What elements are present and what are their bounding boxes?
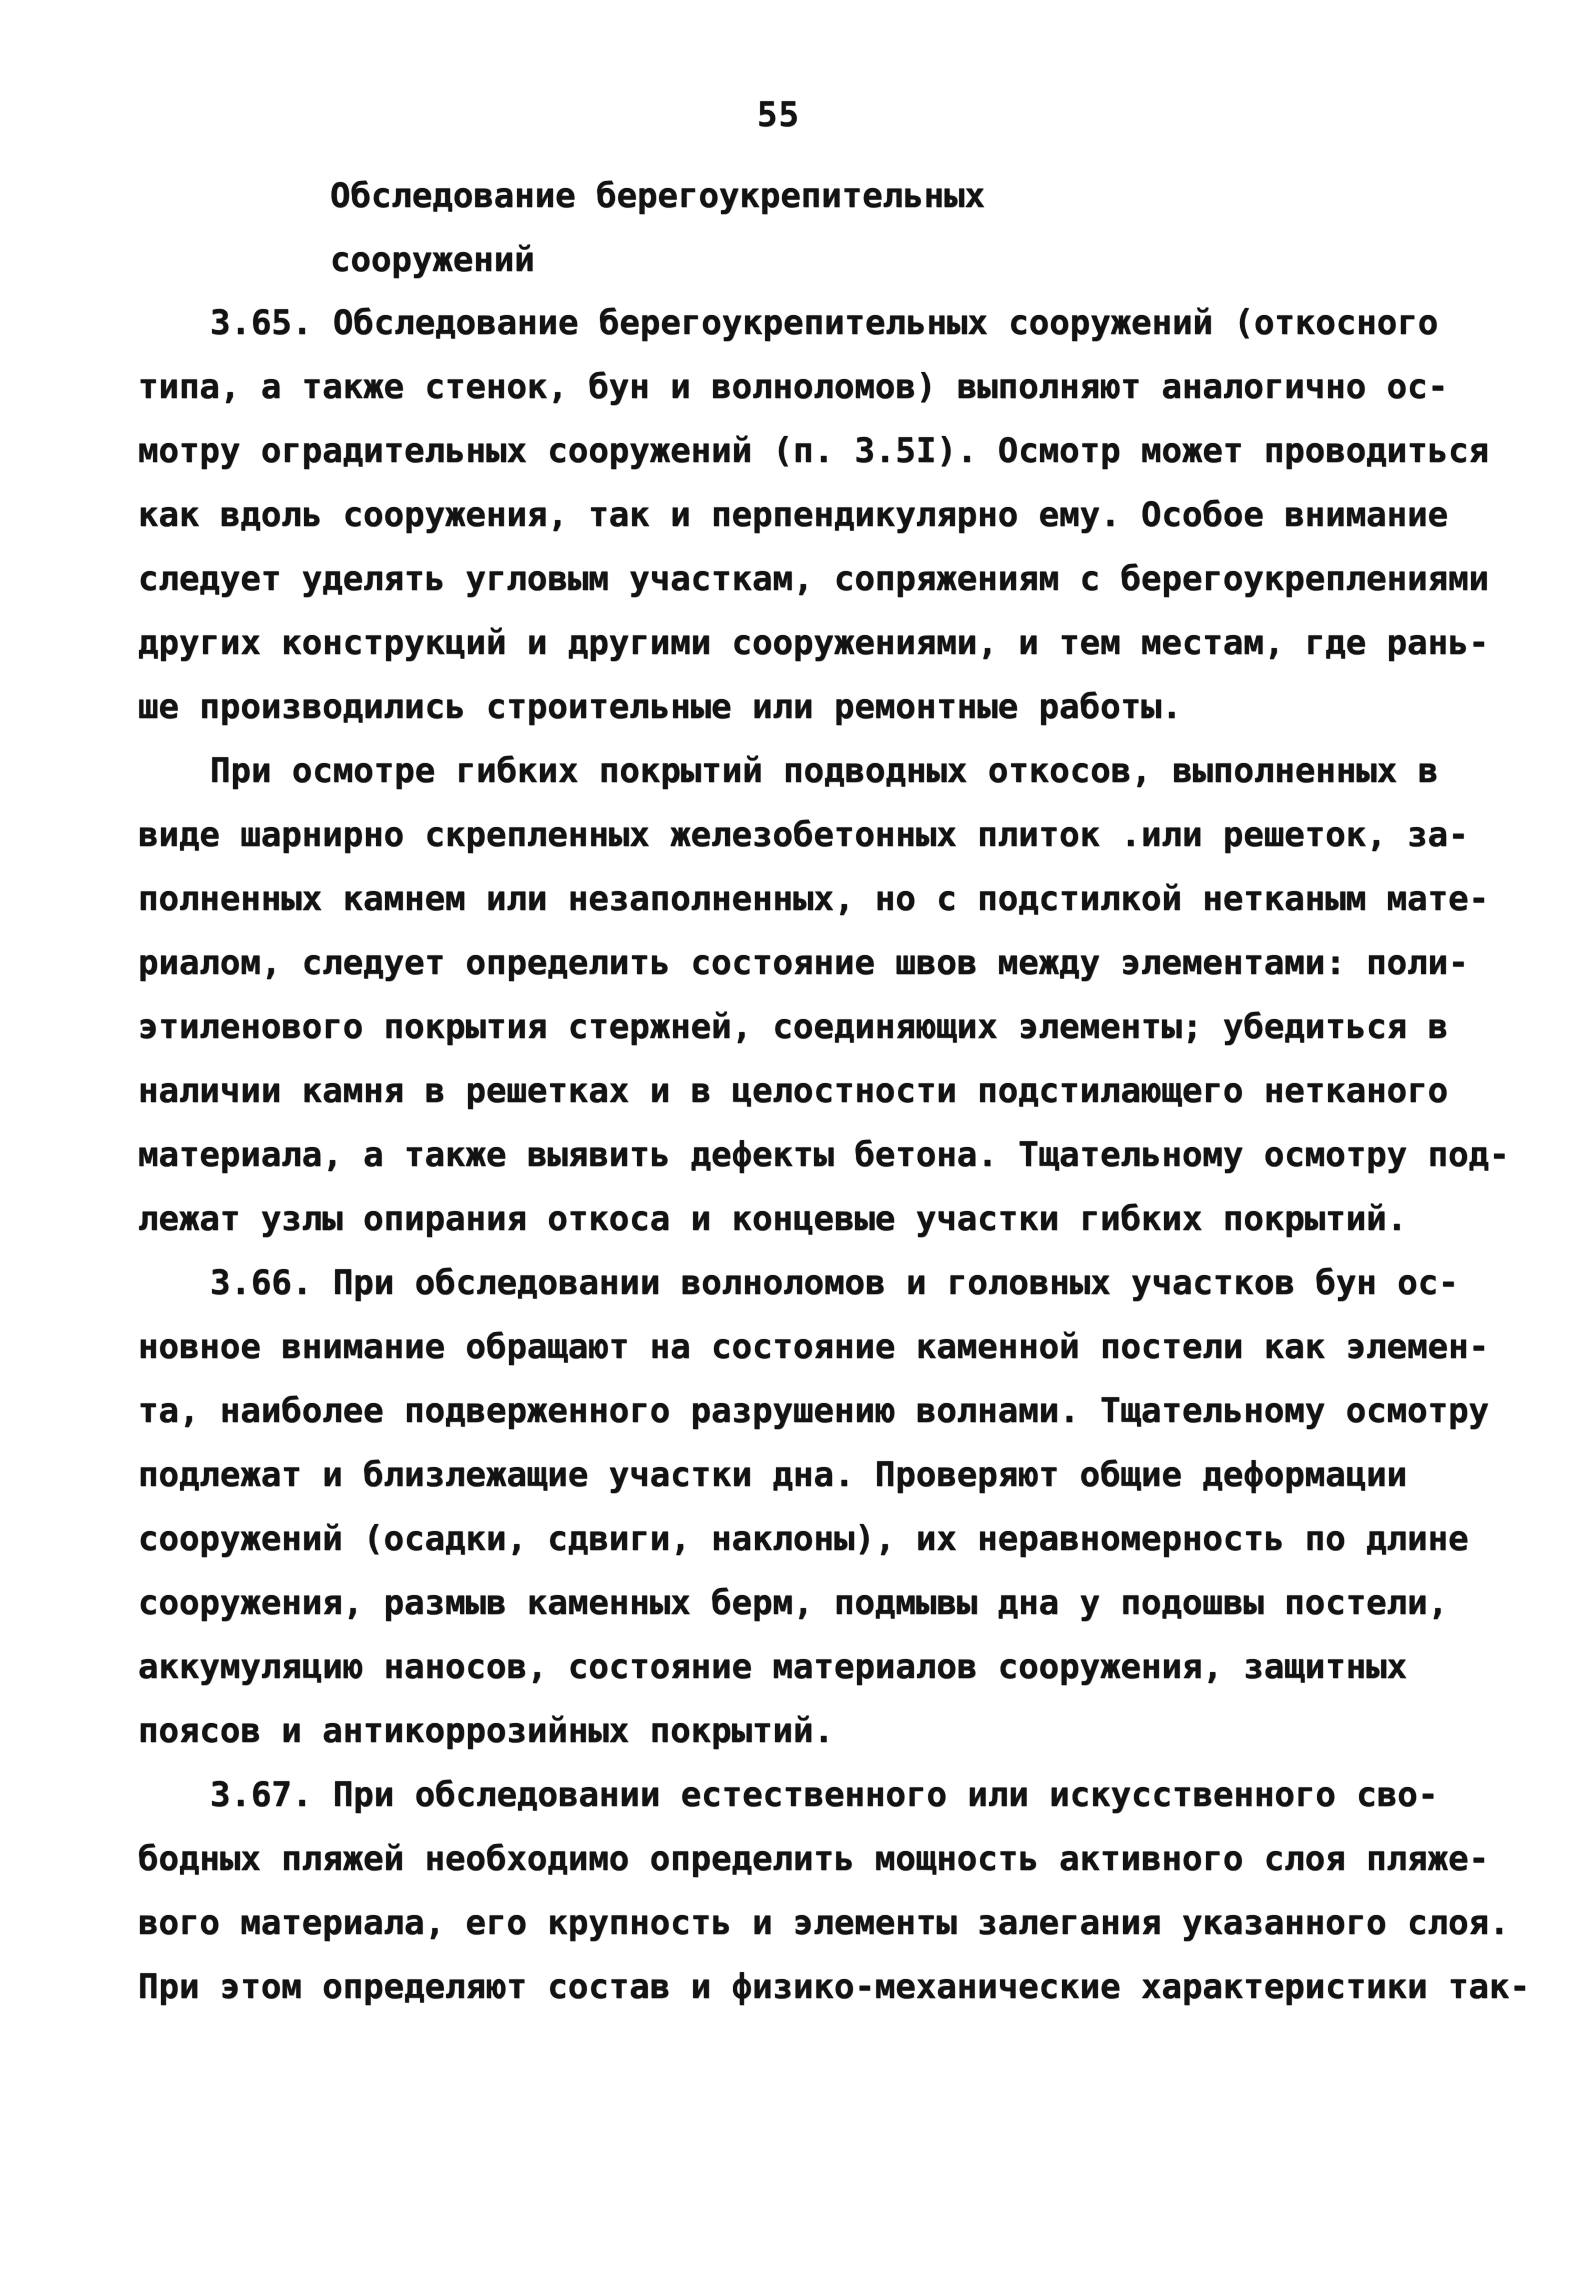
text-line: мотру оградительных сооружений (п. 3.5I)… — [138, 419, 1558, 483]
section-heading: Обследование берегоукрепительных сооруже… — [330, 164, 985, 292]
text-line: этиленового покрытия стержней, соединяющ… — [138, 995, 1558, 1059]
text-line: новное внимание обращают на состояние ка… — [138, 1315, 1558, 1379]
section-heading-line: Обследование берегоукрепительных — [330, 164, 985, 228]
text-line: та, наиболее подверженного разрушению во… — [138, 1379, 1558, 1443]
text-line: 3.67. При обследовании естественного или… — [138, 1763, 1558, 1827]
text-line: других конструкций и другими сооружениям… — [138, 611, 1558, 675]
text-line: следует уделять угловым участкам, сопряж… — [138, 547, 1558, 611]
text-line: 3.66. При обследовании волноломов и голо… — [138, 1251, 1558, 1315]
text-line: сооружений (осадки, сдвиги, наклоны), их… — [138, 1507, 1558, 1571]
document-body: 3.65. Обследование берегоукрепительных с… — [138, 291, 1558, 2019]
text-line: аккумуляцию наносов, состояние материало… — [138, 1635, 1558, 1699]
text-line: ше производились строительные или ремонт… — [138, 675, 1558, 739]
text-line: как вдоль сооружения, так и перпендикуля… — [138, 483, 1558, 547]
text-line: вого материала, его крупность и элементы… — [138, 1891, 1558, 1955]
text-line: лежат узлы опирания откоса и концевые уч… — [138, 1187, 1558, 1251]
text-line: риалом, следует определить состояние шво… — [138, 931, 1558, 995]
document-page: 55 Обследование берегоукрепительных соор… — [0, 0, 1595, 2279]
section-heading-line: сооружений — [330, 228, 985, 292]
text-line: сооружения, размыв каменных берм, подмыв… — [138, 1571, 1558, 1635]
text-line: подлежат и близлежащие участки дна. Пров… — [138, 1443, 1558, 1507]
page-number: 55 — [757, 83, 800, 147]
text-line: полненных камнем или незаполненных, но с… — [138, 867, 1558, 931]
text-line: материала, а также выявить дефекты бетон… — [138, 1123, 1558, 1187]
text-line: бодных пляжей необходимо определить мощн… — [138, 1827, 1558, 1891]
text-line: типа, а также стенок, бун и волноломов) … — [138, 355, 1558, 419]
text-line: виде шарнирно скрепленных железобетонных… — [138, 803, 1558, 867]
text-line: 3.65. Обследование берегоукрепительных с… — [138, 291, 1558, 355]
text-line: При этом определяют состав и физико-меха… — [138, 1955, 1558, 2019]
text-line: наличии камня в решетках и в целостности… — [138, 1059, 1558, 1123]
text-line: При осмотре гибких покрытий подводных от… — [138, 739, 1558, 803]
text-line: поясов и антикоррозийных покрытий. — [138, 1699, 1558, 1763]
